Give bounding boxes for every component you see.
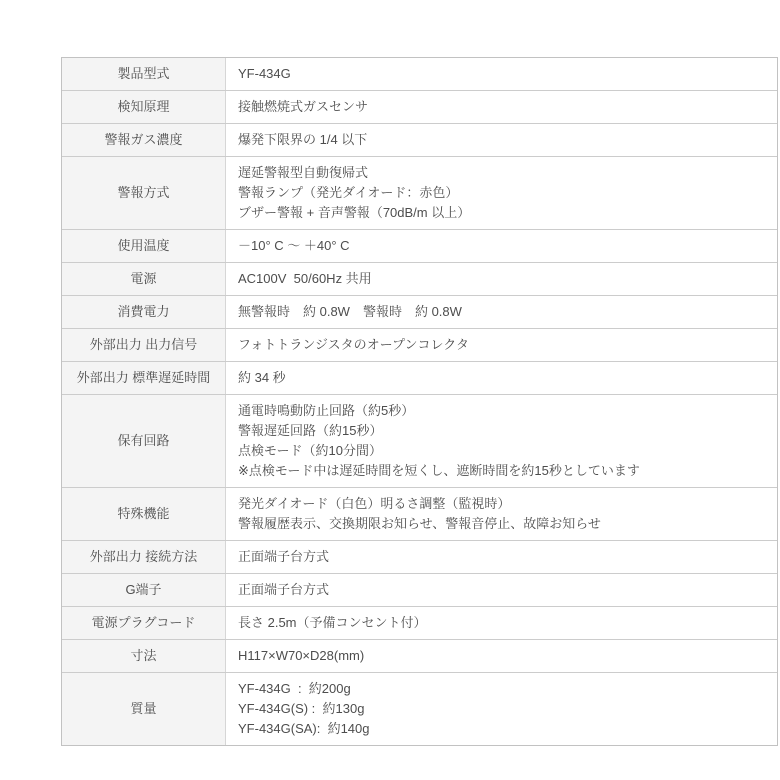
spec-value: 発光ダイオード（白色）明るさ調整（監視時）警報履歴表示、交換期限お知らせ、警報音… <box>226 488 777 540</box>
spec-value-line: フォトトランジスタのオープンコレクタ <box>238 335 765 355</box>
table-row: 警報ガス濃度爆発下限界の 1/4 以下 <box>62 124 777 157</box>
table-row: 質量YF-434G : 約200gYF-434G(S) : 約130gYF-43… <box>62 673 777 745</box>
spec-label: 質量 <box>62 673 226 745</box>
table-row: 外部出力 標準遅延時間約 34 秒 <box>62 362 777 395</box>
spec-label: 使用温度 <box>62 230 226 262</box>
table-row: 検知原理接触燃焼式ガスセンサ <box>62 91 777 124</box>
spec-value: 遅延警報型自動復帰式警報ランプ（発光ダイオード：赤色）ブザー警報 + 音声警報（… <box>226 157 777 229</box>
spec-value-line: 接触燃焼式ガスセンサ <box>238 97 765 117</box>
spec-label: 外部出力 接続方法 <box>62 541 226 573</box>
spec-label: 保有回路 <box>62 395 226 487</box>
spec-value: フォトトランジスタのオープンコレクタ <box>226 329 777 361</box>
spec-value-line: ※点検モード中は遅延時間を短くし、遮断時間を約15秒としています <box>238 461 765 481</box>
spec-value: 約 34 秒 <box>226 362 777 394</box>
spec-value-line: 爆発下限界の 1/4 以下 <box>238 130 765 150</box>
spec-label: 外部出力 出力信号 <box>62 329 226 361</box>
table-row: 電源プラグコード長さ 2.5m（予備コンセント付） <box>62 607 777 640</box>
spec-value: 長さ 2.5m（予備コンセント付） <box>226 607 777 639</box>
table-row: 使用温度－10° C ～ ＋40° C <box>62 230 777 263</box>
spec-label: 検知原理 <box>62 91 226 123</box>
spec-label: 外部出力 標準遅延時間 <box>62 362 226 394</box>
table-row: 特殊機能発光ダイオード（白色）明るさ調整（監視時）警報履歴表示、交換期限お知らせ… <box>62 488 777 541</box>
spec-label: 警報ガス濃度 <box>62 124 226 156</box>
spec-label: 寸法 <box>62 640 226 672</box>
table-row: 外部出力 接続方法正面端子台方式 <box>62 541 777 574</box>
spec-value-line: 点検モード（約10分間） <box>238 441 765 461</box>
spec-table: 製品型式YF-434G検知原理接触燃焼式ガスセンサ警報ガス濃度爆発下限界の 1/… <box>61 57 778 746</box>
product-spec-page: 製品型式YF-434G検知原理接触燃焼式ガスセンサ警報ガス濃度爆発下限界の 1/… <box>0 0 780 780</box>
spec-value-line: 長さ 2.5m（予備コンセント付） <box>238 613 765 633</box>
spec-value-line: YF-434G <box>238 64 765 84</box>
spec-value-line: 警報遅延回路（約15秒） <box>238 421 765 441</box>
spec-value-line: YF-434G(SA): 約140g <box>238 719 765 739</box>
spec-value-line: H117×W70×D28(mm) <box>238 646 765 666</box>
spec-value: YF-434G <box>226 58 777 90</box>
spec-value-line: YF-434G : 約200g <box>238 679 765 699</box>
spec-value-line: 正面端子台方式 <box>238 580 765 600</box>
spec-value: 接触燃焼式ガスセンサ <box>226 91 777 123</box>
spec-value: 無警報時 約 0.8W 警報時 約 0.8W <box>226 296 777 328</box>
spec-label: 消費電力 <box>62 296 226 328</box>
spec-value-line: 正面端子台方式 <box>238 547 765 567</box>
spec-value: H117×W70×D28(mm) <box>226 640 777 672</box>
spec-value: 正面端子台方式 <box>226 541 777 573</box>
spec-label: 警報方式 <box>62 157 226 229</box>
spec-label: 製品型式 <box>62 58 226 90</box>
spec-value: －10° C ～ ＋40° C <box>226 230 777 262</box>
spec-value-line: 警報履歴表示、交換期限お知らせ、警報音停止、故障お知らせ <box>238 514 765 534</box>
spec-value-line: YF-434G(S) : 約130g <box>238 699 765 719</box>
spec-value: AC100V 50/60Hz 共用 <box>226 263 777 295</box>
spec-value-line: 警報ランプ（発光ダイオード：赤色） <box>238 183 765 203</box>
spec-value: YF-434G : 約200gYF-434G(S) : 約130gYF-434G… <box>226 673 777 745</box>
spec-value-line: AC100V 50/60Hz 共用 <box>238 269 765 289</box>
spec-value-line: ブザー警報 + 音声警報（70dB/m 以上） <box>238 203 765 223</box>
table-row: 電源AC100V 50/60Hz 共用 <box>62 263 777 296</box>
spec-value-line: 発光ダイオード（白色）明るさ調整（監視時） <box>238 494 765 514</box>
spec-value-line: 通電時鳴動防止回路（約5秒） <box>238 401 765 421</box>
table-row: G端子正面端子台方式 <box>62 574 777 607</box>
table-row: 消費電力無警報時 約 0.8W 警報時 約 0.8W <box>62 296 777 329</box>
spec-label: G端子 <box>62 574 226 606</box>
spec-value-line: 無警報時 約 0.8W 警報時 約 0.8W <box>238 302 765 322</box>
spec-label: 特殊機能 <box>62 488 226 540</box>
spec-label: 電源 <box>62 263 226 295</box>
table-row: 警報方式遅延警報型自動復帰式警報ランプ（発光ダイオード：赤色）ブザー警報 + 音… <box>62 157 777 230</box>
spec-value: 爆発下限界の 1/4 以下 <box>226 124 777 156</box>
table-row: 保有回路通電時鳴動防止回路（約5秒）警報遅延回路（約15秒）点検モード（約10分… <box>62 395 777 488</box>
table-row: 外部出力 出力信号フォトトランジスタのオープンコレクタ <box>62 329 777 362</box>
spec-label: 電源プラグコード <box>62 607 226 639</box>
table-row: 寸法H117×W70×D28(mm) <box>62 640 777 673</box>
table-row: 製品型式YF-434G <box>62 58 777 91</box>
spec-value-line: 約 34 秒 <box>238 368 765 388</box>
spec-value: 正面端子台方式 <box>226 574 777 606</box>
spec-value-line: －10° C ～ ＋40° C <box>238 236 765 256</box>
spec-value-line: 遅延警報型自動復帰式 <box>238 163 765 183</box>
spec-value: 通電時鳴動防止回路（約5秒）警報遅延回路（約15秒）点検モード（約10分間）※点… <box>226 395 777 487</box>
